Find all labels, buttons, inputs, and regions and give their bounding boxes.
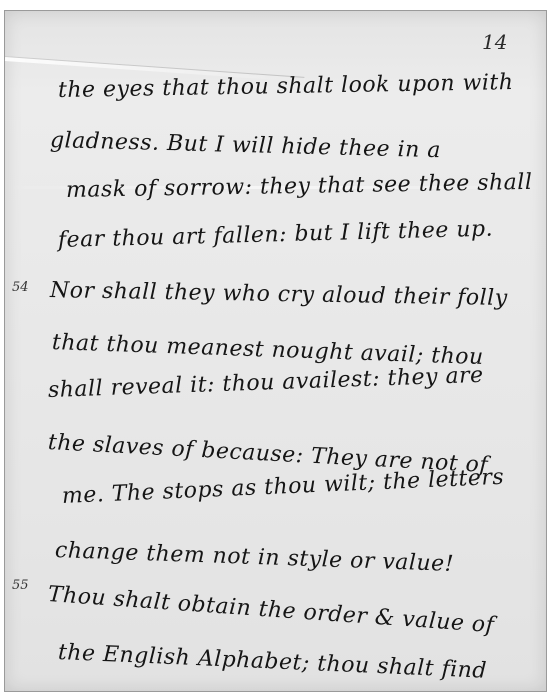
verse-number-54: 54 [12, 280, 29, 295]
page-number: 14 [482, 30, 507, 54]
verse-number-55: 55 [12, 578, 29, 593]
